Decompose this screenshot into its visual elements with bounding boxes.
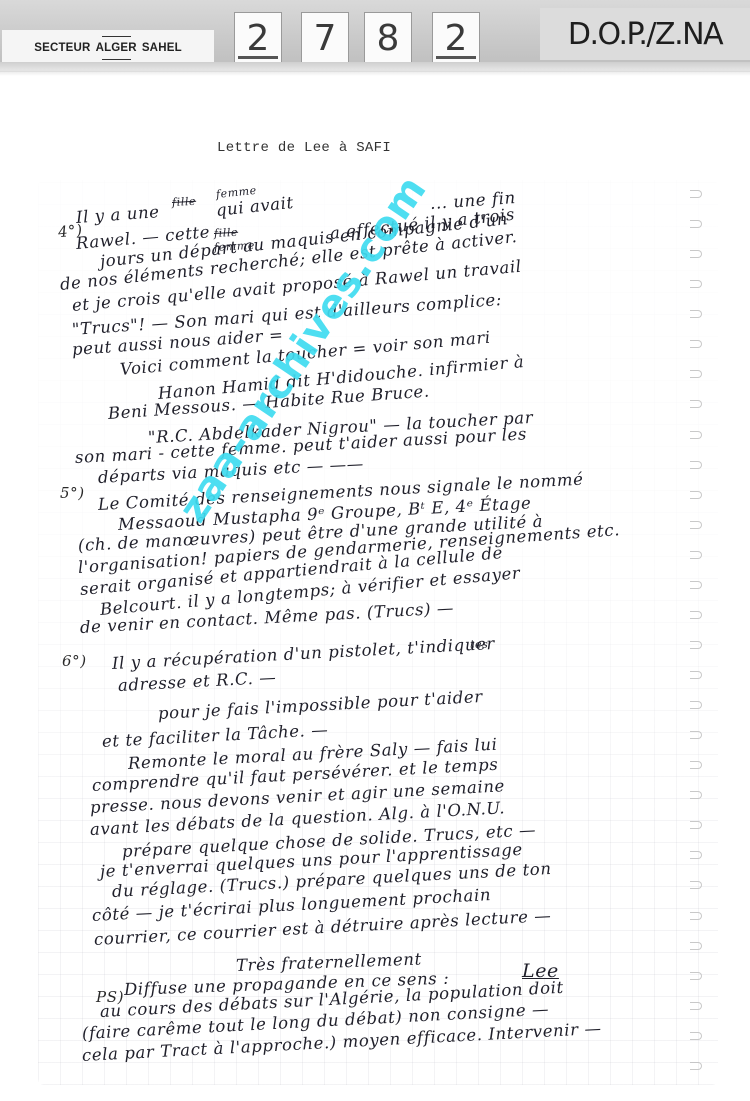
handwritten-line: adresse et R.C. — — [118, 668, 277, 695]
handwritten-line: Il y a une — [75, 202, 160, 227]
handwritten-letter-body: 4°) 5°) 6°) PS) Lee Il y a unefillefemme… — [0, 0, 750, 1101]
handwritten-line: Il y a récupération d'un pistolet, t'ind… — [112, 634, 496, 673]
section-number-5: 5°) — [60, 484, 85, 502]
handwritten-line: fille — [172, 195, 197, 209]
section-number-6: 6°) — [62, 652, 87, 670]
handwritten-line: pour je fais l'impossible pour t'aider — [158, 687, 484, 723]
